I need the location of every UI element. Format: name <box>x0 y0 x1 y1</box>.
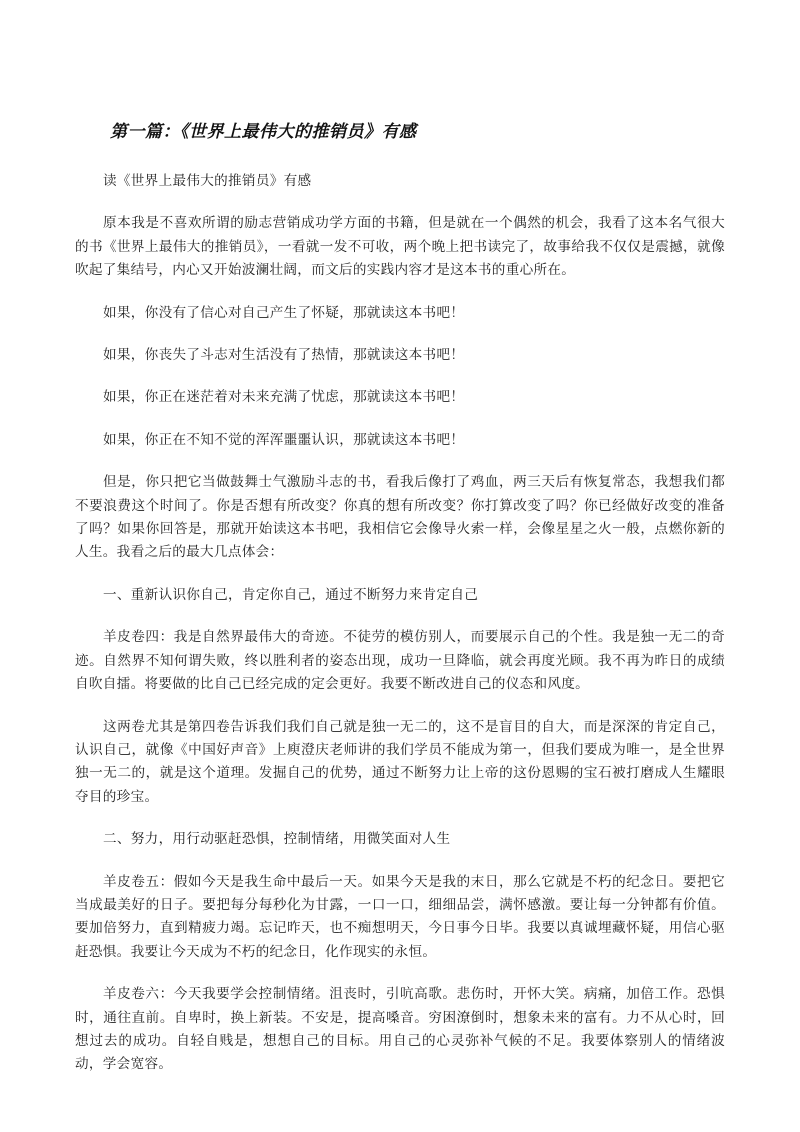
document-subtitle: 读《世界上最伟大的推销员》有感 <box>75 170 725 193</box>
paragraph-intro: 原本我是不喜欢所谓的励志营销成功学方面的书籍，但是就在一个偶然的机会，我看了这本… <box>75 212 725 282</box>
paragraph-if-motivation: 如果，你丧失了斗志对生活没有了热情，那就读这本书吧！ <box>75 344 725 367</box>
paragraph-if-aimless: 如果，你正在不知不觉的浑浑噩噩认识，那就读这本书吧！ <box>75 429 725 452</box>
paragraph-if-confused: 如果，你正在迷茫着对未来充满了忧虑，那就读这本书吧！ <box>75 386 725 409</box>
paragraph-unique: 这两卷尤其是第四卷告诉我们我们自己就是独一无二的，这不是盲目的自大，而是深深的肯… <box>75 716 725 810</box>
section-heading-one: 一、重新认识你自己，肯定你自己，通过不断努力来肯定自己 <box>75 584 725 607</box>
paragraph-scroll-six: 羊皮卷六：今天我要学会控制情绪。沮丧时，引吭高歌。悲伤时，开怀大笑。病痛，加倍工… <box>75 983 725 1077</box>
document-title: 第一篇：《世界上最伟大的推销员》有感 <box>110 118 725 146</box>
paragraph-if-confidence: 如果，你没有了信心对自己产生了怀疑，那就读这本书吧！ <box>75 302 725 325</box>
section-heading-two: 二、努力，用行动驱赶恐惧，控制情绪，用微笑面对人生 <box>75 828 725 851</box>
paragraph-scroll-five: 羊皮卷五：假如今天是我生命中最后一天。如果今天是我的末日，那么它就是不朽的纪念日… <box>75 871 725 965</box>
paragraph-but: 但是，你只把它当做鼓舞士气激励斗志的书，看我后像打了鸡血，两三天后有恢复常态，我… <box>75 471 725 565</box>
paragraph-scroll-four: 羊皮卷四：我是自然界最伟大的奇迹。不徒劳的模仿别人，而要展示自己的个性。我是独一… <box>75 626 725 696</box>
document-page: 第一篇：《世界上最伟大的推销员》有感 读《世界上最伟大的推销员》有感 原本我是不… <box>75 118 725 1096</box>
